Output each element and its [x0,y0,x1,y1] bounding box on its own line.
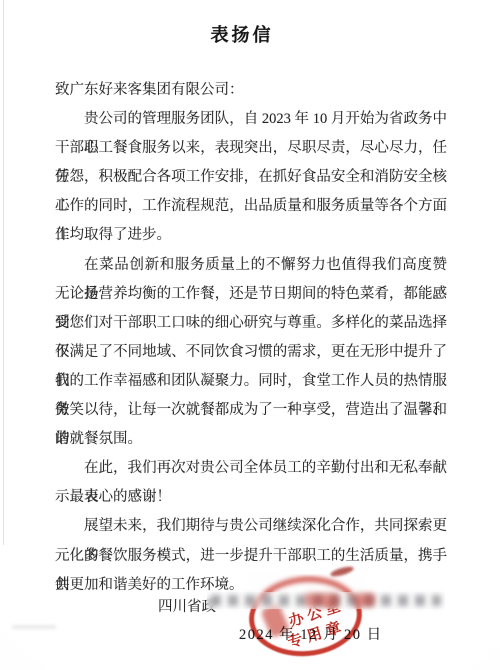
letter-page: 表扬信 致广东好来客集团有限公司： 贵公司的管理服务团队，自 2023 年 10… [0,0,500,670]
letter-body: 致广东好来客集团有限公司： 贵公司的管理服务团队，自 2023 年 10 月开始… [55,76,447,600]
body-line: 在此，我们再次对贵公司全体员工的辛勤付出和无私奉献表 [55,454,447,483]
redacted-seal-smear [355,593,375,607]
redacted-seal-smear [305,593,339,607]
body-line: 微笑以待，让每一次就餐都成为了一种享受，营造出了温馨和谐 [55,396,447,425]
body-line: 元化的餐饮服务模式，进一步提升干部职工的生活质量，携手共 [55,542,447,571]
body-line: 仅满足了不同地域、不同饮食习惯的需求，更在无形中提升了我 [55,338,447,367]
body-line: 展望未来，我们期待与贵公司继续深化合作，共同探索更多 [55,512,447,541]
body-line: 示最衷心的感谢！ [55,483,447,512]
paragraph-list: 贵公司的管理服务团队，自 2023 年 10 月开始为省政务中心干部职工餐食服务… [55,105,447,600]
redaction-blur-band [207,592,445,609]
letter-title: 表扬信 [0,21,484,47]
body-line: 的就餐氛围。 [55,425,447,454]
body-line: 无论是营养均衡的工作餐，还是节日期间的特色菜肴，都能感受 [55,280,447,309]
salutation: 致广东好来客集团有限公司： [55,76,447,105]
body-line: 到您们对干部职工口味的细心研究与尊重。多样化的菜品选择不 [55,309,447,338]
body-line: 工作的同时，工作流程规范，出品质量和服务质量等各个方面工 [55,192,447,221]
photo-artifact [12,625,56,629]
seal-top-blur [248,574,364,594]
body-line: 贵公司的管理服务团队，自 2023 年 10 月开始为省政务中心 [55,105,447,134]
body-line: 作均取得了进步。 [55,221,447,250]
body-line: 们的工作幸福感和团队凝聚力。同时，食堂工作人员的热情服务、 [55,367,447,396]
body-line: 干部职工餐食服务以来，表现突出，尽职尽责，尽心尽力，任劳 [55,134,447,163]
body-line: 任怨，积极配合各项工作安排，在抓好食品安全和消防安全核心 [55,163,447,192]
body-line: 在菜品创新和服务质量上的不懈努力也值得我们高度赞扬。 [55,251,447,280]
paper-edge [3,0,4,545]
